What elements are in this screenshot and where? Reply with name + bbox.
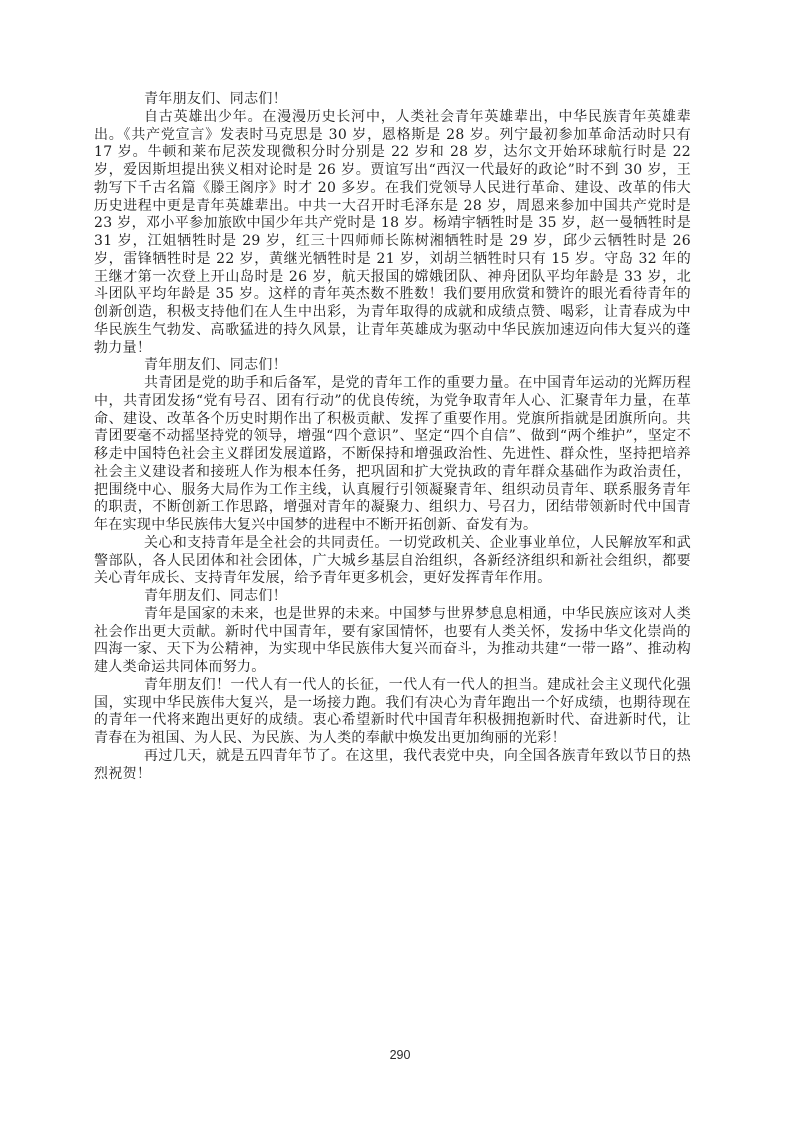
paragraph-society-support: 关心和支持青年是全社会的共同责任。一切党政机关、企业事业单位，人民解放军和武警部… (94, 535, 691, 588)
paragraph-may-fourth-greeting: 再过几天，就是五四青年节了。在这里，我代表党中央，向全国各族青年致以节日的热烈祝… (94, 748, 691, 784)
paragraph-relay-race: 青年朋友们！一代人有一代人的长征，一代人有一代人的担当。建成社会主义现代化强国，… (94, 677, 691, 748)
paragraph-youth-league: 共青团是党的助手和后备军，是党的青年工作的重要力量。在中国青年运动的光辉历程中，… (94, 375, 691, 535)
salutation-line: 青年朋友们、同志们！ (94, 588, 691, 606)
page-number: 290 (0, 1048, 800, 1062)
paragraph-youth-future: 青年是国家的未来，也是世界的未来。中国梦与世界梦息息相通，中华民族应该对人类社会… (94, 606, 691, 677)
salutation-line: 青年朋友们、同志们！ (94, 357, 691, 375)
document-body: 青年朋友们、同志们！ 自古英雄出少年。在漫漫历史长河中，人类社会青年英雄辈出，中… (94, 91, 691, 783)
paragraph-heroes-young: 自古英雄出少年。在漫漫历史长河中，人类社会青年英雄辈出，中华民族青年英雄辈出。《… (94, 109, 691, 358)
salutation-line: 青年朋友们、同志们！ (94, 91, 691, 109)
document-page: 青年朋友们、同志们！ 自古英雄出少年。在漫漫历史长河中，人类社会青年英雄辈出，中… (0, 0, 800, 1133)
